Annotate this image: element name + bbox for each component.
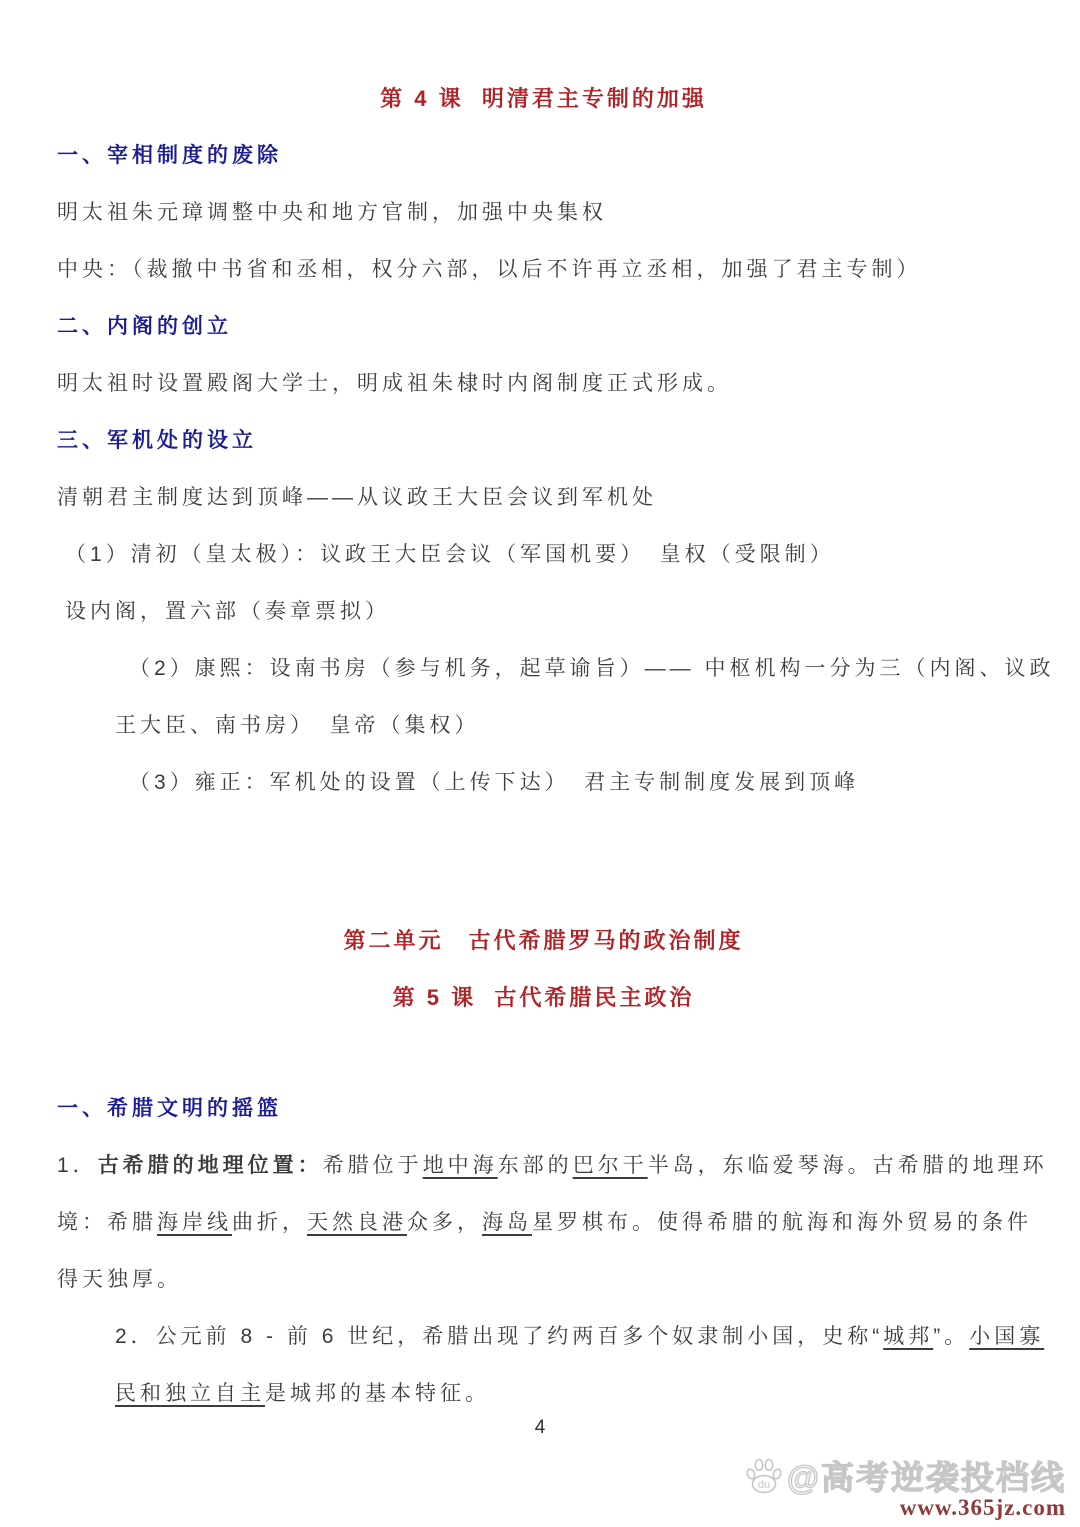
paragraph-line: 2．公元前 8 - 前 6 世纪，希腊出现了约两百多个奴隶制小国，史称“城邦”。… [57,1308,1030,1365]
text-segment: 地中海 [423,1154,498,1177]
text-segment: 境：希腊 [57,1211,157,1234]
lesson-4-title: 第 4 课 明清君主专制的加强 [57,70,1030,127]
unit-2-titles: 第二单元 古代希腊罗马的政治制度 第 5 课 古代希腊民主政治 [57,912,1030,1026]
paragraph-line: 中央：（裁撤中书省和丞相，权分六部，以后不许再立丞相，加强了君主专制） [57,241,1030,298]
text-segment: 明太祖时设置殿阁大学士，明成祖朱棣时内阁制度正式形成。 [57,372,732,395]
paragraph-line: （1）清初（皇太极）：议政王大臣会议（军国机要） 皇权（受限制） [57,526,1030,583]
text-segment: 中央：（裁撤中书省和丞相，权分六部，以后不许再立丞相，加强了君主专制） [57,258,922,281]
lesson-5-title: 第 5 课 古代希腊民主政治 [57,969,1030,1026]
text-segment: 一、希腊文明的摇篮 [57,1097,282,1120]
text-segment: 星罗棋布。使得希腊的航海和海外贸易的条件 [532,1211,1032,1234]
section-heading: 一、宰相制度的废除 [57,127,1030,184]
text-segment: 巴尔干 [573,1154,648,1177]
watermark: du @高考逆袭投档线 www.365jz.com [743,1452,1066,1521]
paragraph-line: 王大臣、南书房） 皇帝（集权） [57,697,1030,754]
watermark-handle-row: du @高考逆袭投档线 [743,1452,1066,1499]
text-segment: （1）清初（皇太极）：议政王大臣会议（军国机要） 皇权（受限制） [65,543,835,566]
lesson-4-section: 第 4 课 明清君主专制的加强 一、宰相制度的废除明太祖朱元璋调整中央和地方官制… [57,70,1030,811]
text-segment: （3）雍正：军机处的设置（上传下达） 君主专制制度发展到顶峰 [129,771,859,794]
lesson-4-body: 一、宰相制度的废除明太祖朱元璋调整中央和地方官制，加强中央集权中央：（裁撤中书省… [57,127,1030,811]
paw-icon-label: du [758,1479,770,1491]
text-segment: 众多， [407,1211,482,1234]
lesson-5-body: 一、希腊文明的摇篮1．古希腊的地理位置：希腊位于地中海东部的巴尔干半岛，东临爱琴… [57,1080,1030,1422]
text-segment: 明太祖朱元璋调整中央和地方官制，加强中央集权 [57,201,607,224]
text-segment: 一、宰相制度的废除 [57,144,282,167]
paragraph-line: 明太祖时设置殿阁大学士，明成祖朱棣时内阁制度正式形成。 [57,355,1030,412]
unit-2-title: 第二单元 古代希腊罗马的政治制度 [57,912,1030,969]
text-segment: 王大臣、南书房） 皇帝（集权） [115,714,480,737]
text-segment: （2）康熙：设南书房（参与机务，起草谕旨）—— 中枢机构一分为三（内阁、议政 [129,657,1055,680]
paw-icon: du [743,1455,785,1497]
text-segment: 东部的 [498,1154,573,1177]
paragraph-line: 明太祖朱元璋调整中央和地方官制，加强中央集权 [57,184,1030,241]
text-segment: 2．公元前 8 - 前 6 世纪，希腊出现了约两百多个奴隶制小国，史称“ [115,1325,883,1348]
section-heading: 三、军机处的设立 [57,412,1030,469]
document-content: 第 4 课 明清君主专制的加强 一、宰相制度的废除明太祖朱元璋调整中央和地方官制… [57,70,1030,1422]
document-page: 第 4 课 明清君主专制的加强 一、宰相制度的废除明太祖朱元璋调整中央和地方官制… [0,0,1080,1527]
text-segment: 天然良港 [307,1211,407,1234]
text-segment: 城邦 [883,1325,933,1348]
text-segment: 得天独厚。 [57,1268,182,1291]
text-segment: 是城邦的基本特征。 [265,1382,490,1405]
text-segment: 三、军机处的设立 [57,429,257,452]
text-segment: 民和独立自主 [115,1382,265,1405]
watermark-handle: @高考逆袭投档线 [787,1452,1066,1499]
paragraph-line: 设内阁，置六部（奏章票拟） [57,583,1030,640]
text-segment: 希腊位于 [323,1154,423,1177]
paragraph-line: （2）康熙：设南书房（参与机务，起草谕旨）—— 中枢机构一分为三（内阁、议政 [57,640,1030,697]
text-segment: ”。 [933,1325,969,1348]
paragraph-line: 1．古希腊的地理位置：希腊位于地中海东部的巴尔干半岛，东临爱琴海。古希腊的地理环 [57,1137,1030,1194]
text-segment: 曲折， [232,1211,307,1234]
unit-2-section: 第二单元 古代希腊罗马的政治制度 第 5 课 古代希腊民主政治 一、希腊文明的摇… [57,912,1030,1422]
text-segment: 二、内阁的创立 [57,315,232,338]
text-segment: 清朝君主制度达到顶峰——从议政王大臣会议到军机处 [57,486,657,509]
text-segment: 1． [57,1154,98,1177]
section-heading: 一、希腊文明的摇篮 [57,1080,1030,1137]
paragraph-line: 境：希腊海岸线曲折，天然良港众多，海岛星罗棋布。使得希腊的航海和海外贸易的条件 [57,1194,1030,1251]
page-number: 4 [0,1413,1080,1443]
paragraph-line: （3）雍正：军机处的设置（上传下达） 君主专制制度发展到顶峰 [57,754,1030,811]
paragraph-line: 清朝君主制度达到顶峰——从议政王大臣会议到军机处 [57,469,1030,526]
text-segment: 海岛 [482,1211,532,1234]
text-segment: 古希腊的地理位置： [98,1154,323,1177]
text-segment: 海岸线 [157,1211,232,1234]
text-segment: 半岛，东临爱琴海。古希腊的地理环 [648,1154,1048,1177]
text-segment: 设内阁，置六部（奏章票拟） [65,600,390,623]
text-segment: 小国寡 [969,1325,1044,1348]
section-heading: 二、内阁的创立 [57,298,1030,355]
paragraph-line: 得天独厚。 [57,1251,1030,1308]
